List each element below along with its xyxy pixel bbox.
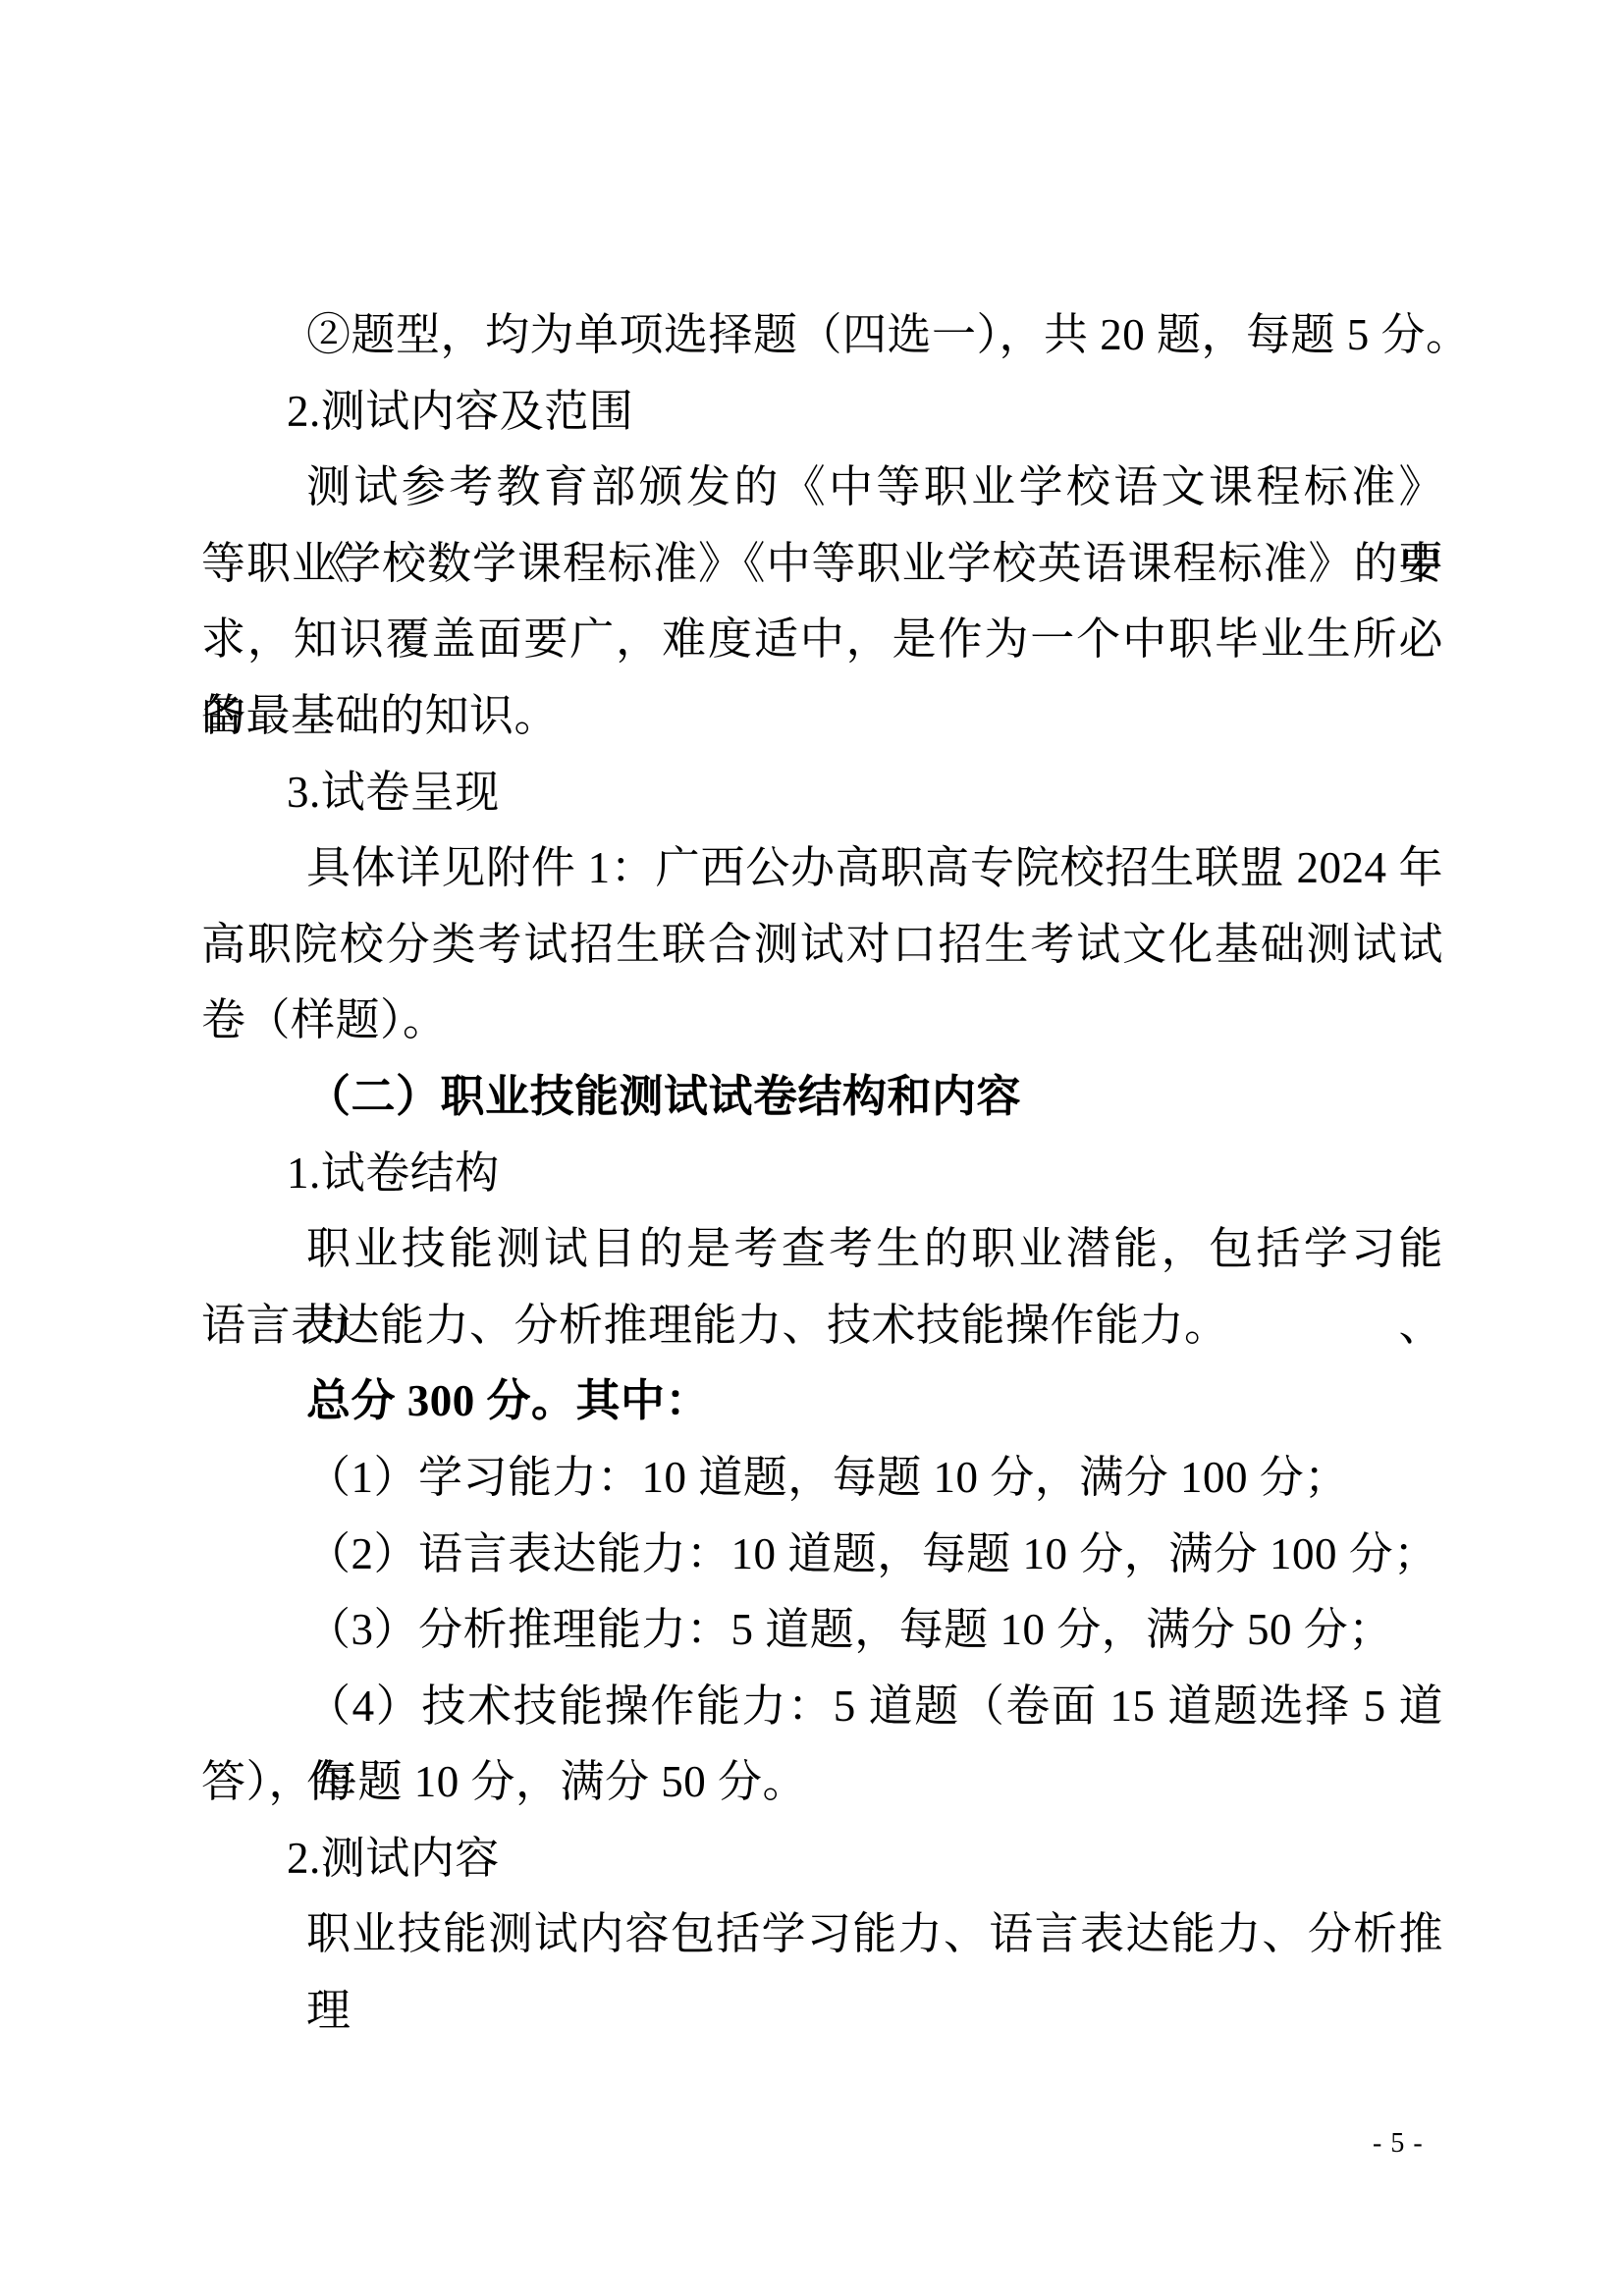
- text-line: 总分 300 分。其中：: [201, 1363, 1443, 1440]
- text-line: 职业技能测试目的是考查考生的职业潜能，包括学习能力、: [201, 1211, 1443, 1288]
- text-line: 测试参考教育部颁发的《中等职业学校语文课程标准》《中: [201, 450, 1443, 526]
- text-line: 等职业学校数学课程标准》《中等职业学校英语课程标准》的要: [201, 526, 1443, 603]
- text-line: 具体详见附件 1：广西公办高职高专院校招生联盟 2024 年: [201, 830, 1443, 907]
- text-line: 2.测试内容及范围: [201, 374, 1443, 451]
- text-line: 高职院校分类考试招生联合测试对口招生考试文化基础测试试: [201, 907, 1443, 984]
- text-line: （2）语言表达能力：10 道题，每题 10 分，满分 100 分；: [201, 1517, 1443, 1593]
- text-line: 答），每题 10 分，满分 50 分。: [201, 1744, 1443, 1821]
- document-text-block: ②题型，均为单项选择题（四选一），共 20 题，每题 5 分。2.测试内容及范围…: [201, 297, 1443, 1973]
- text-line: 的最基础的知识。: [201, 678, 1443, 755]
- text-line: 职业技能测试内容包括学习能力、语言表达能力、分析推理: [201, 1896, 1443, 1973]
- document-page: ②题型，均为单项选择题（四选一），共 20 题，每题 5 分。2.测试内容及范围…: [0, 0, 1622, 2296]
- text-line: 1.试卷结构: [201, 1136, 1443, 1212]
- text-line: ②题型，均为单项选择题（四选一），共 20 题，每题 5 分。: [201, 297, 1443, 374]
- text-line: 求，知识覆盖面要广，难度适中，是作为一个中职毕业生所必备: [201, 602, 1443, 678]
- text-line: 卷（样题）。: [201, 983, 1443, 1059]
- text-line: （4）技术技能操作能力：5 道题（卷面 15 道题选择 5 道作: [201, 1669, 1443, 1745]
- page-number: - 5 -: [1373, 2128, 1424, 2160]
- text-line: 3.试卷呈现: [201, 755, 1443, 831]
- text-line: （二）职业技能测试试卷结构和内容: [201, 1059, 1443, 1136]
- text-line: 2.测试内容: [201, 1821, 1443, 1897]
- text-line: （3）分析推理能力：5 道题，每题 10 分，满分 50 分；: [201, 1592, 1443, 1669]
- text-line: （1）学习能力：10 道题，每题 10 分，满分 100 分；: [201, 1440, 1443, 1517]
